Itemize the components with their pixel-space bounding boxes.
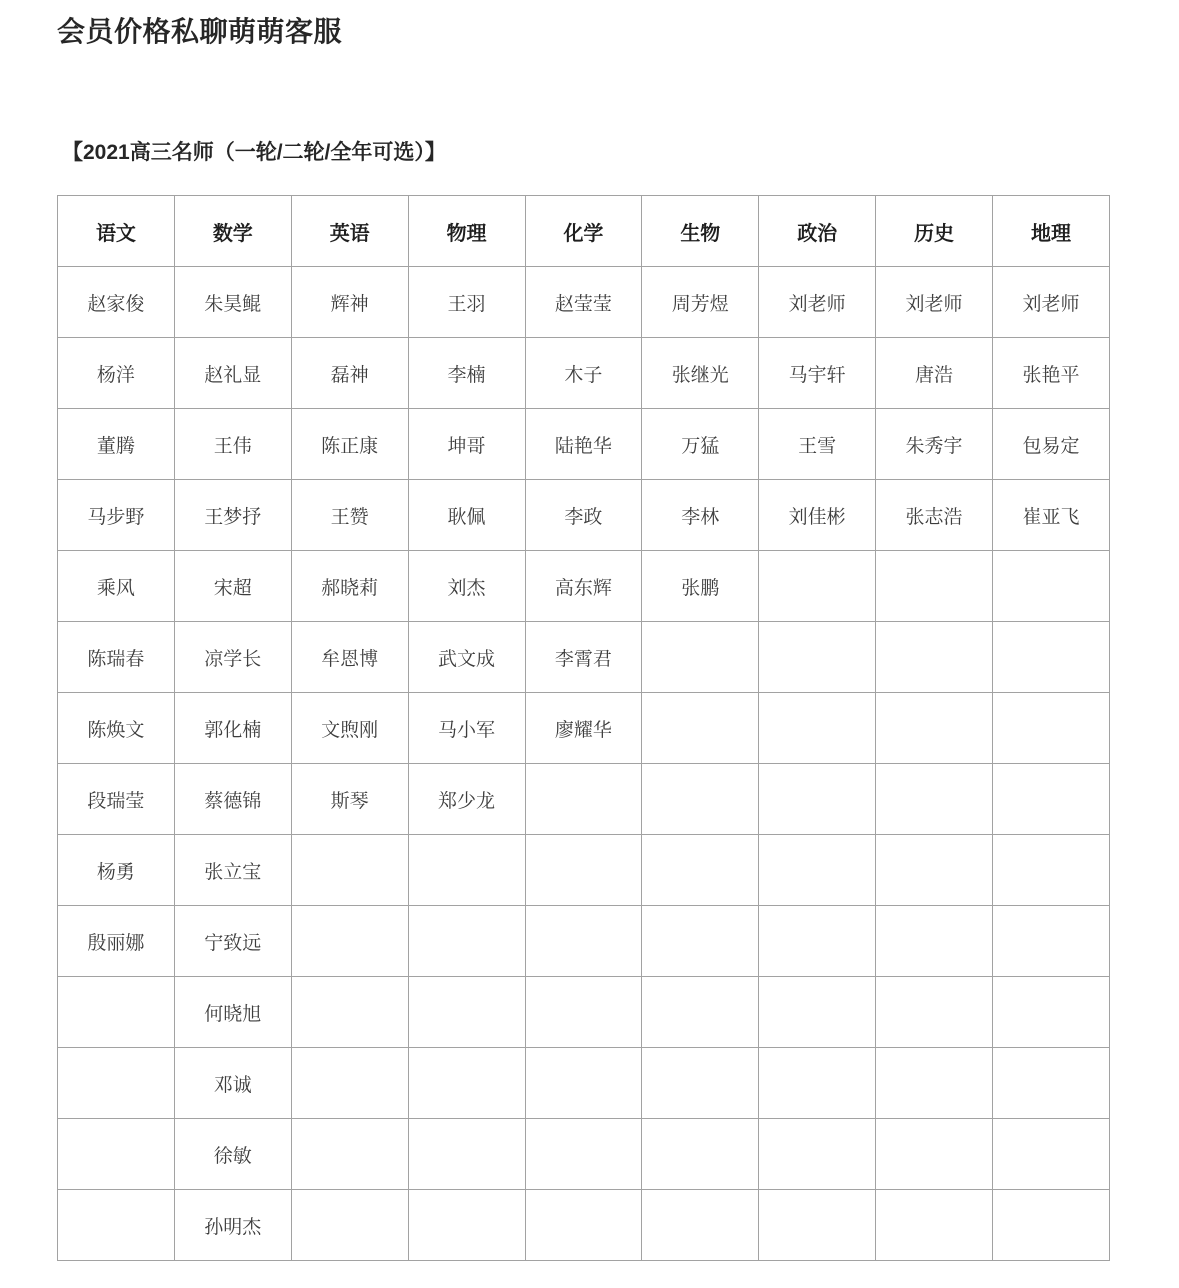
table-cell	[876, 1119, 993, 1190]
table-cell	[993, 906, 1110, 977]
table-cell: 蔡德锦	[174, 764, 291, 835]
table-cell: 牟恩博	[291, 622, 408, 693]
table-cell: 殷丽娜	[58, 906, 175, 977]
table-cell	[291, 977, 408, 1048]
table-cell	[759, 1119, 876, 1190]
table-cell: 刘佳彬	[759, 480, 876, 551]
column-header: 语文	[58, 196, 175, 267]
table-cell	[759, 1048, 876, 1119]
table-cell	[525, 906, 642, 977]
table-row: 段瑞莹蔡德锦斯琴郑少龙	[58, 764, 1110, 835]
table-cell: 崔亚飞	[993, 480, 1110, 551]
table-cell: 王羽	[408, 267, 525, 338]
table-cell: 万猛	[642, 409, 759, 480]
table-cell	[759, 1190, 876, 1261]
table-cell	[525, 1048, 642, 1119]
table-cell	[876, 835, 993, 906]
table-cell: 陈正康	[291, 409, 408, 480]
table-cell: 文煦刚	[291, 693, 408, 764]
table-cell: 陈瑞春	[58, 622, 175, 693]
table-cell	[993, 1119, 1110, 1190]
table-cell	[759, 693, 876, 764]
table-cell	[993, 551, 1110, 622]
table-cell	[759, 835, 876, 906]
table-cell	[642, 1048, 759, 1119]
table-cell: 孙明杰	[174, 1190, 291, 1261]
table-cell	[642, 1119, 759, 1190]
table-cell: 刘老师	[993, 267, 1110, 338]
table-cell	[759, 977, 876, 1048]
table-cell	[291, 906, 408, 977]
table-cell: 段瑞莹	[58, 764, 175, 835]
table-cell	[642, 977, 759, 1048]
table-cell: 马步野	[58, 480, 175, 551]
table-cell: 王梦抒	[174, 480, 291, 551]
table-cell	[525, 764, 642, 835]
table-cell: 赵莹莹	[525, 267, 642, 338]
table-row: 徐敏	[58, 1119, 1110, 1190]
table-cell: 张艳平	[993, 338, 1110, 409]
table-row: 董腾王伟陈正康坤哥陆艳华万猛王雪朱秀宇包易定	[58, 409, 1110, 480]
table-cell: 董腾	[58, 409, 175, 480]
table-cell: 高东辉	[525, 551, 642, 622]
table-cell: 赵礼显	[174, 338, 291, 409]
column-header: 政治	[759, 196, 876, 267]
table-row: 殷丽娜宁致远	[58, 906, 1110, 977]
table-cell	[876, 906, 993, 977]
table-cell: 杨洋	[58, 338, 175, 409]
column-header: 英语	[291, 196, 408, 267]
table-cell	[291, 1119, 408, 1190]
table-cell	[759, 764, 876, 835]
table-row: 陈瑞春凉学长牟恩博武文成李霄君	[58, 622, 1110, 693]
table-cell	[58, 977, 175, 1048]
table-cell	[876, 693, 993, 764]
table-cell: 凉学长	[174, 622, 291, 693]
table-cell: 乘风	[58, 551, 175, 622]
table-cell	[408, 906, 525, 977]
table-head: 语文数学英语物理化学生物政治历史地理	[58, 196, 1110, 267]
table-cell	[993, 764, 1110, 835]
table-header-row: 语文数学英语物理化学生物政治历史地理	[58, 196, 1110, 267]
table-cell	[408, 835, 525, 906]
table-cell: 朱昊鲲	[174, 267, 291, 338]
table-cell: 磊神	[291, 338, 408, 409]
table-cell	[291, 835, 408, 906]
table-row: 陈焕文郭化楠文煦刚马小军廖耀华	[58, 693, 1110, 764]
page: 会员价格私聊萌萌客服 【2021高三名师（一轮/二轮/全年可选）】 语文数学英语…	[0, 0, 1179, 1288]
table-cell: 王赞	[291, 480, 408, 551]
table-cell: 王伟	[174, 409, 291, 480]
table-cell: 宁致远	[174, 906, 291, 977]
table-cell	[291, 1190, 408, 1261]
table-row: 何晓旭	[58, 977, 1110, 1048]
table-cell: 马小军	[408, 693, 525, 764]
table-cell: 何晓旭	[174, 977, 291, 1048]
column-header: 物理	[408, 196, 525, 267]
table-cell	[876, 1048, 993, 1119]
column-header: 地理	[993, 196, 1110, 267]
table-cell: 廖耀华	[525, 693, 642, 764]
table-cell: 刘老师	[876, 267, 993, 338]
teachers-table: 语文数学英语物理化学生物政治历史地理 赵家俊朱昊鲲辉神王羽赵莹莹周芳煜刘老师刘老…	[57, 195, 1110, 1261]
table-cell	[642, 906, 759, 977]
column-header: 生物	[642, 196, 759, 267]
table-cell: 徐敏	[174, 1119, 291, 1190]
table-row: 杨勇张立宝	[58, 835, 1110, 906]
column-header: 历史	[876, 196, 993, 267]
table-cell: 坤哥	[408, 409, 525, 480]
table-cell: 马宇轩	[759, 338, 876, 409]
table-cell: 李霄君	[525, 622, 642, 693]
table-cell	[408, 977, 525, 1048]
column-header: 数学	[174, 196, 291, 267]
section-title: 【2021高三名师（一轮/二轮/全年可选）】	[62, 140, 1179, 166]
table-cell: 张鹏	[642, 551, 759, 622]
table-cell: 王雪	[759, 409, 876, 480]
table-cell: 张立宝	[174, 835, 291, 906]
table-cell	[993, 1048, 1110, 1119]
table-cell: 赵家俊	[58, 267, 175, 338]
table-cell: 郭化楠	[174, 693, 291, 764]
table-cell: 郑少龙	[408, 764, 525, 835]
table-cell	[642, 1190, 759, 1261]
table-cell: 包易定	[993, 409, 1110, 480]
table-cell	[993, 1190, 1110, 1261]
table-cell: 耿佩	[408, 480, 525, 551]
table-cell: 李政	[525, 480, 642, 551]
table-cell: 斯琴	[291, 764, 408, 835]
table-row: 孙明杰	[58, 1190, 1110, 1261]
table-row: 赵家俊朱昊鲲辉神王羽赵莹莹周芳煜刘老师刘老师刘老师	[58, 267, 1110, 338]
table-cell: 李楠	[408, 338, 525, 409]
table-cell	[642, 835, 759, 906]
table-cell: 张继光	[642, 338, 759, 409]
table-row: 马步野王梦抒王赞耿佩李政李林刘佳彬张志浩崔亚飞	[58, 480, 1110, 551]
table-cell	[58, 1190, 175, 1261]
table-cell	[525, 1119, 642, 1190]
table-cell	[993, 622, 1110, 693]
table-cell	[525, 1190, 642, 1261]
table-cell: 木子	[525, 338, 642, 409]
table-cell: 邓诚	[174, 1048, 291, 1119]
table-row: 杨洋赵礼显磊神李楠木子张继光马宇轩唐浩张艳平	[58, 338, 1110, 409]
table-cell: 李林	[642, 480, 759, 551]
table-cell	[876, 764, 993, 835]
table-cell: 武文成	[408, 622, 525, 693]
table-cell	[525, 835, 642, 906]
table-cell	[876, 622, 993, 693]
table-cell	[993, 835, 1110, 906]
table-cell	[291, 1048, 408, 1119]
table-cell: 刘杰	[408, 551, 525, 622]
table-cell: 杨勇	[58, 835, 175, 906]
table-cell	[408, 1048, 525, 1119]
table-cell	[525, 977, 642, 1048]
table-cell: 郝晓莉	[291, 551, 408, 622]
column-header: 化学	[525, 196, 642, 267]
page-title: 会员价格私聊萌萌客服	[57, 16, 1179, 48]
table-cell: 朱秀宇	[876, 409, 993, 480]
table-cell	[642, 693, 759, 764]
table-cell	[408, 1119, 525, 1190]
table-cell: 张志浩	[876, 480, 993, 551]
table-cell: 辉神	[291, 267, 408, 338]
table-cell	[993, 977, 1110, 1048]
table-cell	[759, 622, 876, 693]
table-cell	[993, 693, 1110, 764]
table-cell	[642, 622, 759, 693]
table-row: 邓诚	[58, 1048, 1110, 1119]
table-cell: 陆艳华	[525, 409, 642, 480]
table-cell	[876, 1190, 993, 1261]
table-cell	[759, 551, 876, 622]
table-cell: 陈焕文	[58, 693, 175, 764]
table-cell: 刘老师	[759, 267, 876, 338]
table-cell	[876, 977, 993, 1048]
table-row: 乘风宋超郝晓莉刘杰高东辉张鹏	[58, 551, 1110, 622]
table-cell: 宋超	[174, 551, 291, 622]
table-cell	[58, 1119, 175, 1190]
table-cell	[642, 764, 759, 835]
table-cell: 周芳煜	[642, 267, 759, 338]
table-cell: 唐浩	[876, 338, 993, 409]
table-cell	[876, 551, 993, 622]
table-cell	[58, 1048, 175, 1119]
table-cell	[759, 906, 876, 977]
table-cell	[408, 1190, 525, 1261]
table-body: 赵家俊朱昊鲲辉神王羽赵莹莹周芳煜刘老师刘老师刘老师杨洋赵礼显磊神李楠木子张继光马…	[58, 267, 1110, 1261]
